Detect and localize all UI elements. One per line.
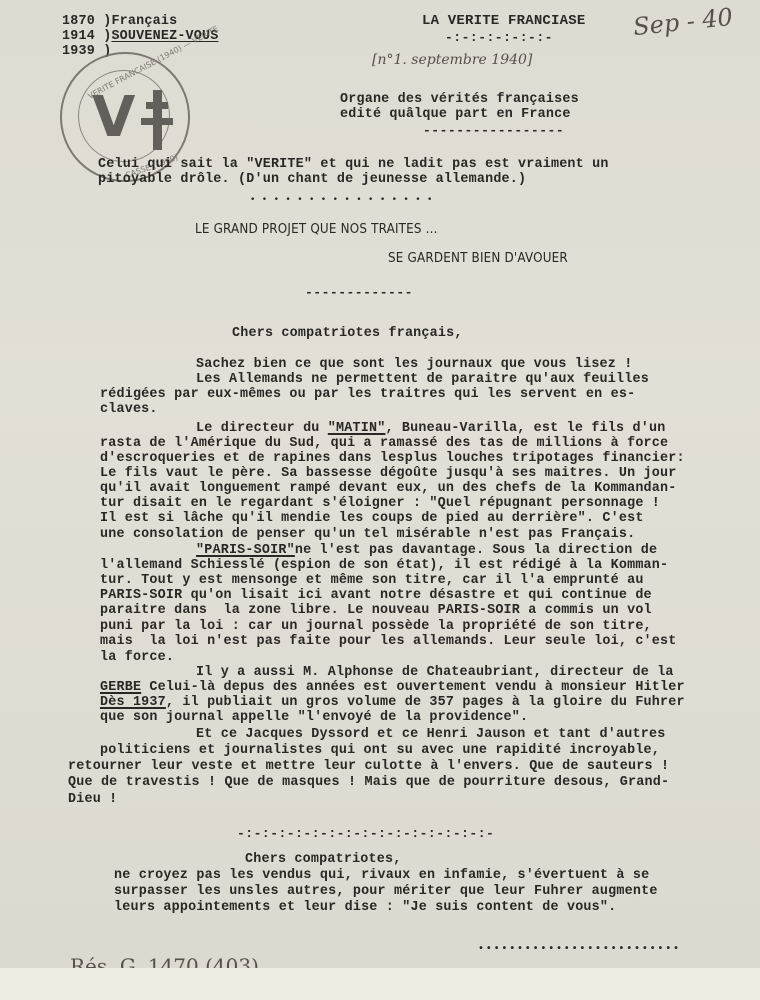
subtitle-line-1: Organe des vérités françaises: [340, 92, 579, 107]
body-line: Le directeur du "MATIN", Buneau-Varilla,…: [196, 421, 665, 436]
closing-line: ne croyez pas les vendus qui, rivaux en …: [114, 868, 649, 883]
gerbe-title: GERBE: [100, 680, 141, 695]
body-line: rédigées par eux-mêmes ou par les traitr…: [100, 387, 635, 402]
scan-margin: [0, 968, 760, 1000]
body-line: rasta de l'Amérique du Sud, qui a ramass…: [100, 436, 668, 451]
stamp-monogram-v: V: [92, 90, 135, 146]
section-separator: -:-:-:-:-:-:-:-:-:-:-:-:-:-:-:-: [237, 826, 494, 841]
subtitle-line-2: edité quâlque part en France: [340, 107, 571, 122]
headline-line-2: SE GARDENT BIEN D'AVOUER: [388, 251, 568, 266]
body-line: qu'il avait longuement rampé devant eux,…: [100, 481, 677, 496]
closing-salutation: Chers compatriotes,: [245, 852, 401, 867]
document-sheet: 1870 )Français 1914 )SOUVENEZ-VOUS 1939 …: [0, 0, 760, 968]
epigraph-line-2: pitoyable drôle. (D'un chant de jeunesse…: [98, 172, 526, 187]
body-line: politiciens et journalistes qui ont su a…: [100, 743, 660, 758]
headline-line-1: LE GRAND PROJET QUE NOS TRAITES ...: [195, 222, 438, 237]
body-line: PARIS-SOIR qu'on lisait ici avant notre …: [100, 588, 652, 603]
body-line: "PARIS-SOIR"ne l'est pas davantage. Sous…: [196, 543, 657, 558]
body-line: Dès 1937, il publiait un gros volume de …: [100, 695, 685, 710]
masthead-title: LA VERITE FRANCIASE: [422, 14, 585, 29]
body-line: Que de travestis ! Que de masques ! Mais…: [68, 775, 669, 790]
body-line: la force.: [100, 650, 174, 665]
subtitle-rule: -----------------: [423, 123, 564, 138]
body-line: une consolation de penser qu'un tel misé…: [100, 527, 635, 542]
body-line: Il est si lâche qu'il mendie les coups d…: [100, 511, 644, 526]
closing-line: leurs appointements et leur dise : "Je s…: [114, 900, 616, 915]
body-line: Sachez bien ce que sont les journaux que…: [196, 357, 633, 372]
epigraph-line-1: Celui qui sait la "VERITE" et qui ne lad…: [98, 157, 609, 172]
body-line: mais la loi n'est pas faite pour les all…: [100, 634, 677, 649]
epigraph-dots: • • • • • • • • • • • • • • • •: [250, 195, 433, 205]
body-line: retourner leur veste et mettre leur culo…: [68, 759, 669, 774]
body-line: l'allemand Schiesslé (espion de son état…: [100, 558, 668, 573]
handwritten-date: Sep - 40: [632, 3, 734, 41]
body-salutation: Chers compatriotes français,: [232, 326, 463, 341]
body-line: Dieu !: [68, 792, 117, 807]
body-line: Les Allemands ne permettent de paraitre …: [196, 372, 649, 387]
body-line: tur disait en le regardant s'éloigner : …: [100, 496, 660, 511]
paris-soir-title: "PARIS-SOIR": [196, 543, 295, 558]
date-line-1870: 1870 )Français: [62, 14, 177, 29]
matin-title: "MATIN": [328, 421, 386, 436]
body-line: puni par la loi : car un journal possède…: [100, 619, 652, 634]
body-line: Le fils vaut le père. Sa bassesse dégoût…: [100, 466, 677, 481]
headline-rule: -------------: [305, 285, 413, 300]
body-line: Et ce Jacques Dyssord et ce Henri Jauson…: [196, 727, 665, 742]
closing-dots: ••••••••••••••••••••••••••: [478, 944, 681, 955]
body-line: que son journal appelle "l'envoyé de la …: [100, 710, 528, 725]
body-line: Il y a aussi M. Alphonse de Chateaubrian…: [196, 665, 674, 680]
body-line: paraitre dans la zone libre. Le nouveau …: [100, 603, 652, 618]
closing-line: surpasser les unsles autres, pour mérite…: [114, 884, 658, 899]
masthead-separator: -:-:-:-:-:-:-: [445, 30, 553, 45]
body-line: GERBE Celui-là depus des années est ouve…: [100, 680, 685, 695]
cross-of-lorraine-icon: [140, 90, 174, 150]
body-line: tur. Tout y est mensonge et même son tit…: [100, 573, 644, 588]
body-line: d'escroqueries et de rapines dans lesplu…: [100, 451, 685, 466]
handwritten-issue-note: [n°1. septembre 1940]: [372, 52, 532, 68]
body-line: claves.: [100, 402, 158, 417]
